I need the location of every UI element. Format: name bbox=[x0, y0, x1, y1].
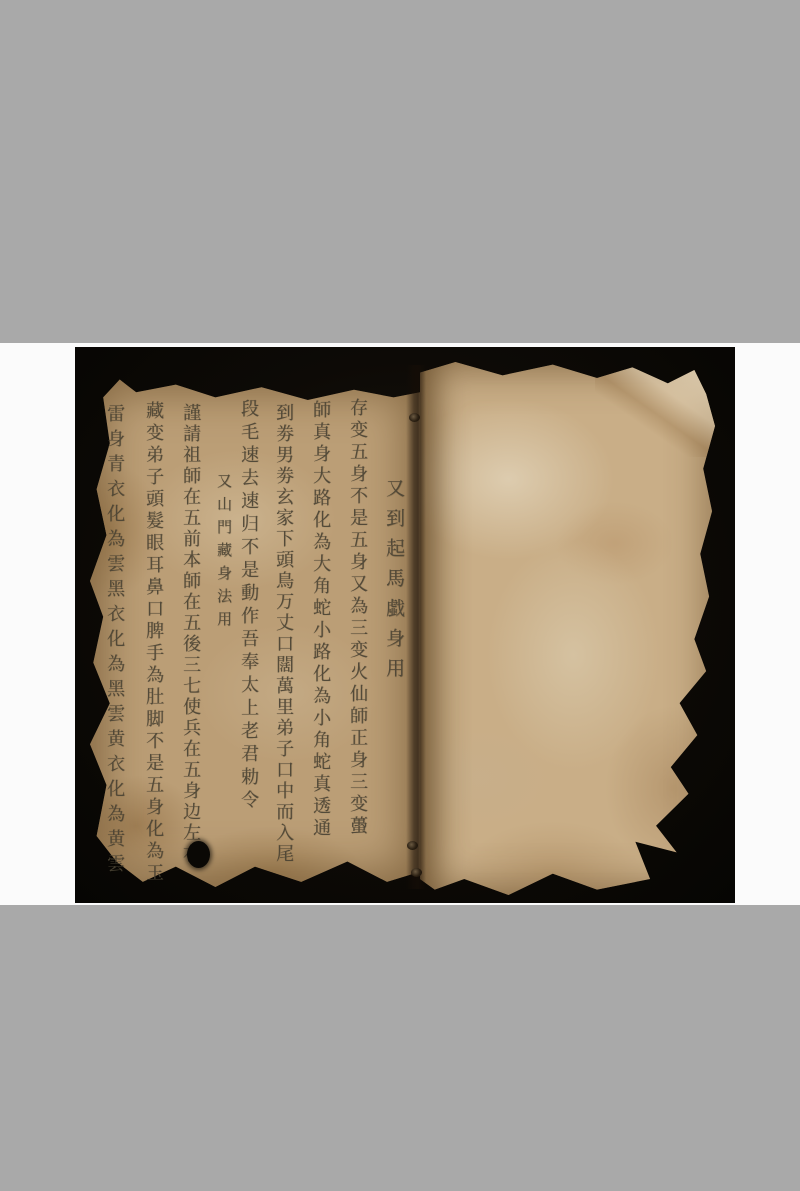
binding-stitch-top bbox=[409, 413, 420, 422]
binding-stitch-bottom-1 bbox=[407, 841, 418, 850]
text-column-section-title: 又到起馬戱身用 bbox=[381, 478, 408, 710]
binding-stitch-bottom-2 bbox=[411, 868, 422, 877]
screenshot-root: { "scene": { "kind": "photograph-of-open… bbox=[0, 0, 800, 1191]
wormhole-spot bbox=[187, 841, 210, 868]
text-column-2: 師真身大路化為大角蛇小路化為小角蛇真透通 bbox=[307, 400, 333, 880]
text-column-3: 到劵男劵玄家下頭鳥万丈口闊萬里弟子口中而入尾 bbox=[270, 403, 296, 881]
page-corner-fold bbox=[595, 362, 715, 457]
text-column-4-inset-title: 又山門藏身法用 bbox=[214, 473, 235, 649]
text-column-5: 謹請祖師在五前本師在五後三七使兵在五身边左右 bbox=[177, 403, 203, 875]
text-column-6: 藏变弟子頭髮眼耳鼻口脾手為肚脚不是五身化為玉 bbox=[140, 401, 166, 881]
manuscript-photo: 又到起馬戱身用 存变五身不是五身又為三变火仙師正身三变蠆 師真身大路化為大角蛇小… bbox=[75, 347, 735, 903]
text-column-4: 段毛速去速归不是動作吾奉太上老君勅令 bbox=[235, 399, 261, 801]
text-column-7: 雷身青衣化為雲黑衣化為黑雲黄衣化為黄雲 bbox=[101, 404, 127, 876]
manuscript-right-page bbox=[420, 362, 715, 895]
book-spine-gutter bbox=[406, 365, 426, 889]
text-column-1: 存变五身不是五身又為三变火仙師正身三变蠆 bbox=[344, 398, 370, 882]
